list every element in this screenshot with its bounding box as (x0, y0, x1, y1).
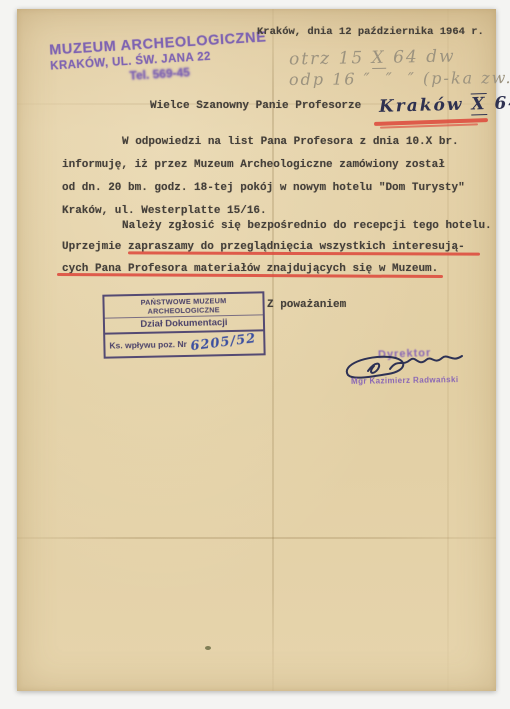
pencil-note-suffix: 64 dw (386, 47, 456, 68)
ink-spot (205, 646, 211, 650)
pencil-note-received: otrz 15 X 64 dw (289, 47, 456, 70)
body-line: Kraków, ul. Westerplatte 15/16. (62, 205, 267, 217)
body-line: od dn. 20 bm. godz. 18-tej pokój w nowym… (62, 182, 465, 194)
letter-paper-sheet: MUZEUM ARCHEOLOGICZNE KRAKÓW, UL. ŚW. JA… (17, 9, 496, 691)
red-underline-body-1 (128, 251, 480, 255)
pencil-note-replied: odp 16 ″ ″ ″ (p-ka zw.) (289, 68, 510, 89)
ink-note-prefix: Kraków (379, 94, 472, 116)
received-stamp-entry-number: 6205/52 (190, 331, 257, 354)
received-rubber-stamp: PAŃSTWOWE MUZEUM ARCHEOLOGICZNE Dział Do… (102, 291, 265, 358)
salutation: Wielce Szanowny Panie Profesorze (150, 100, 361, 112)
body-line: W odpowiedzi na list Pana Profesora z dn… (122, 136, 459, 148)
signature-name-stamp: Mgr Kazimierz Radwański (351, 375, 459, 386)
received-stamp-entry-label: Ks. wpływu poz. Nr (109, 339, 187, 351)
received-stamp-entry-row: Ks. wpływu poz. Nr 6205/52 (105, 329, 263, 356)
pencil-roman-month: X (371, 48, 385, 69)
ink-roman-month: X (471, 93, 487, 115)
sender-rubber-stamp: MUZEUM ARCHEOLOGICZNE KRAKÓW, UL. ŚW. JA… (49, 29, 269, 87)
pencil-note-prefix: otrz 15 (289, 48, 372, 69)
scanned-letter-canvas: MUZEUM ARCHEOLOGICZNE KRAKÓW, UL. ŚW. JA… (0, 0, 510, 709)
ink-note-suffix: 64 (486, 93, 510, 114)
body-line: Należy zgłosić się bezpośrednio do recep… (122, 220, 492, 232)
ink-note-krakow: Kraków X 64 (379, 93, 510, 117)
fold-crease-horizontal-lower (17, 537, 496, 539)
closing-phrase: Z poważaniem (267, 299, 346, 311)
date-line: Kraków, dnia 12 października 1964 r. (257, 26, 484, 38)
body-line: informuję, iż przez Muzeum Archeologiczn… (62, 159, 445, 171)
